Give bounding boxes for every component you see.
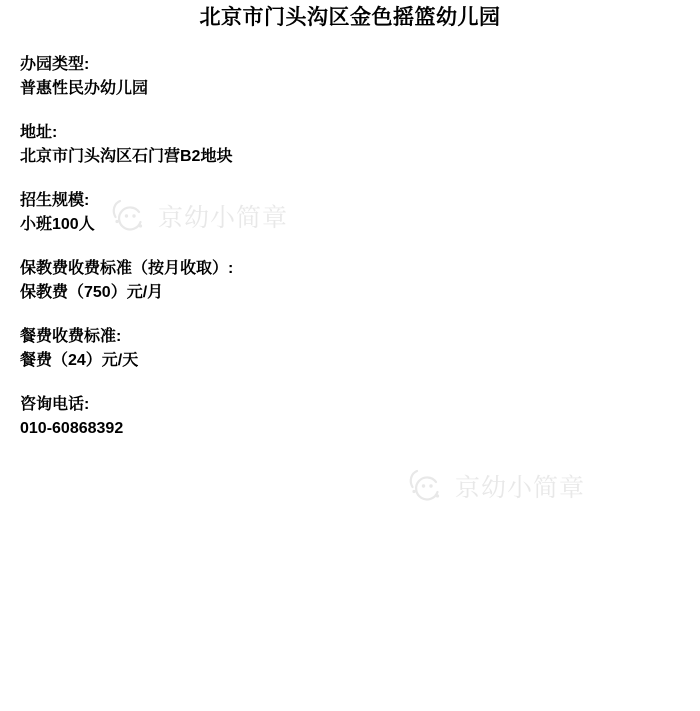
section-enrollment-scale: 招生规模: 小班100人 — [20, 189, 680, 237]
article-content: 办园类型: 普惠性民办幼儿园 地址: 北京市门头沟区石门营B2地块 招生规模: … — [0, 30, 700, 441]
field-value: 北京市门头沟区石门营B2地块 — [20, 148, 232, 165]
section-phone: 咨询电话: 010-60868392 — [20, 393, 680, 441]
watermark-text: 京幼小简章 — [455, 468, 585, 504]
field-label: 咨询电话: — [20, 396, 89, 413]
field-value: 小班100人 — [20, 216, 95, 233]
section-address: 地址: 北京市门头沟区石门营B2地块 — [20, 121, 680, 169]
field-label: 保教费收费标准（按月收取）: — [20, 260, 233, 277]
field-label: 办园类型: — [20, 56, 89, 73]
field-value: 餐费（24）元/天 — [20, 352, 138, 369]
field-value: 普惠性民办幼儿园 — [20, 80, 148, 97]
section-tuition-fee: 保教费收费标准（按月收取）: 保教费（750）元/月 — [20, 257, 680, 305]
field-label: 地址: — [20, 124, 57, 141]
watermark: 京幼小简章 — [406, 467, 585, 505]
article-page: 北京市门头沟区金色摇篮幼儿园 办园类型: 普惠性民办幼儿园 地址: 北京市门头沟… — [0, 0, 700, 711]
page-title: 北京市门头沟区金色摇篮幼儿园 — [0, 0, 700, 30]
bubble-face-logo-icon — [406, 467, 442, 505]
field-label: 餐费收费标准: — [20, 328, 121, 345]
field-label: 招生规模: — [20, 192, 89, 209]
section-meal-fee: 餐费收费标准: 餐费（24）元/天 — [20, 325, 680, 373]
field-value: 010-60868392 — [20, 420, 123, 437]
section-kindergarten-type: 办园类型: 普惠性民办幼儿园 — [20, 53, 680, 101]
field-value: 保教费（750）元/月 — [20, 284, 163, 301]
